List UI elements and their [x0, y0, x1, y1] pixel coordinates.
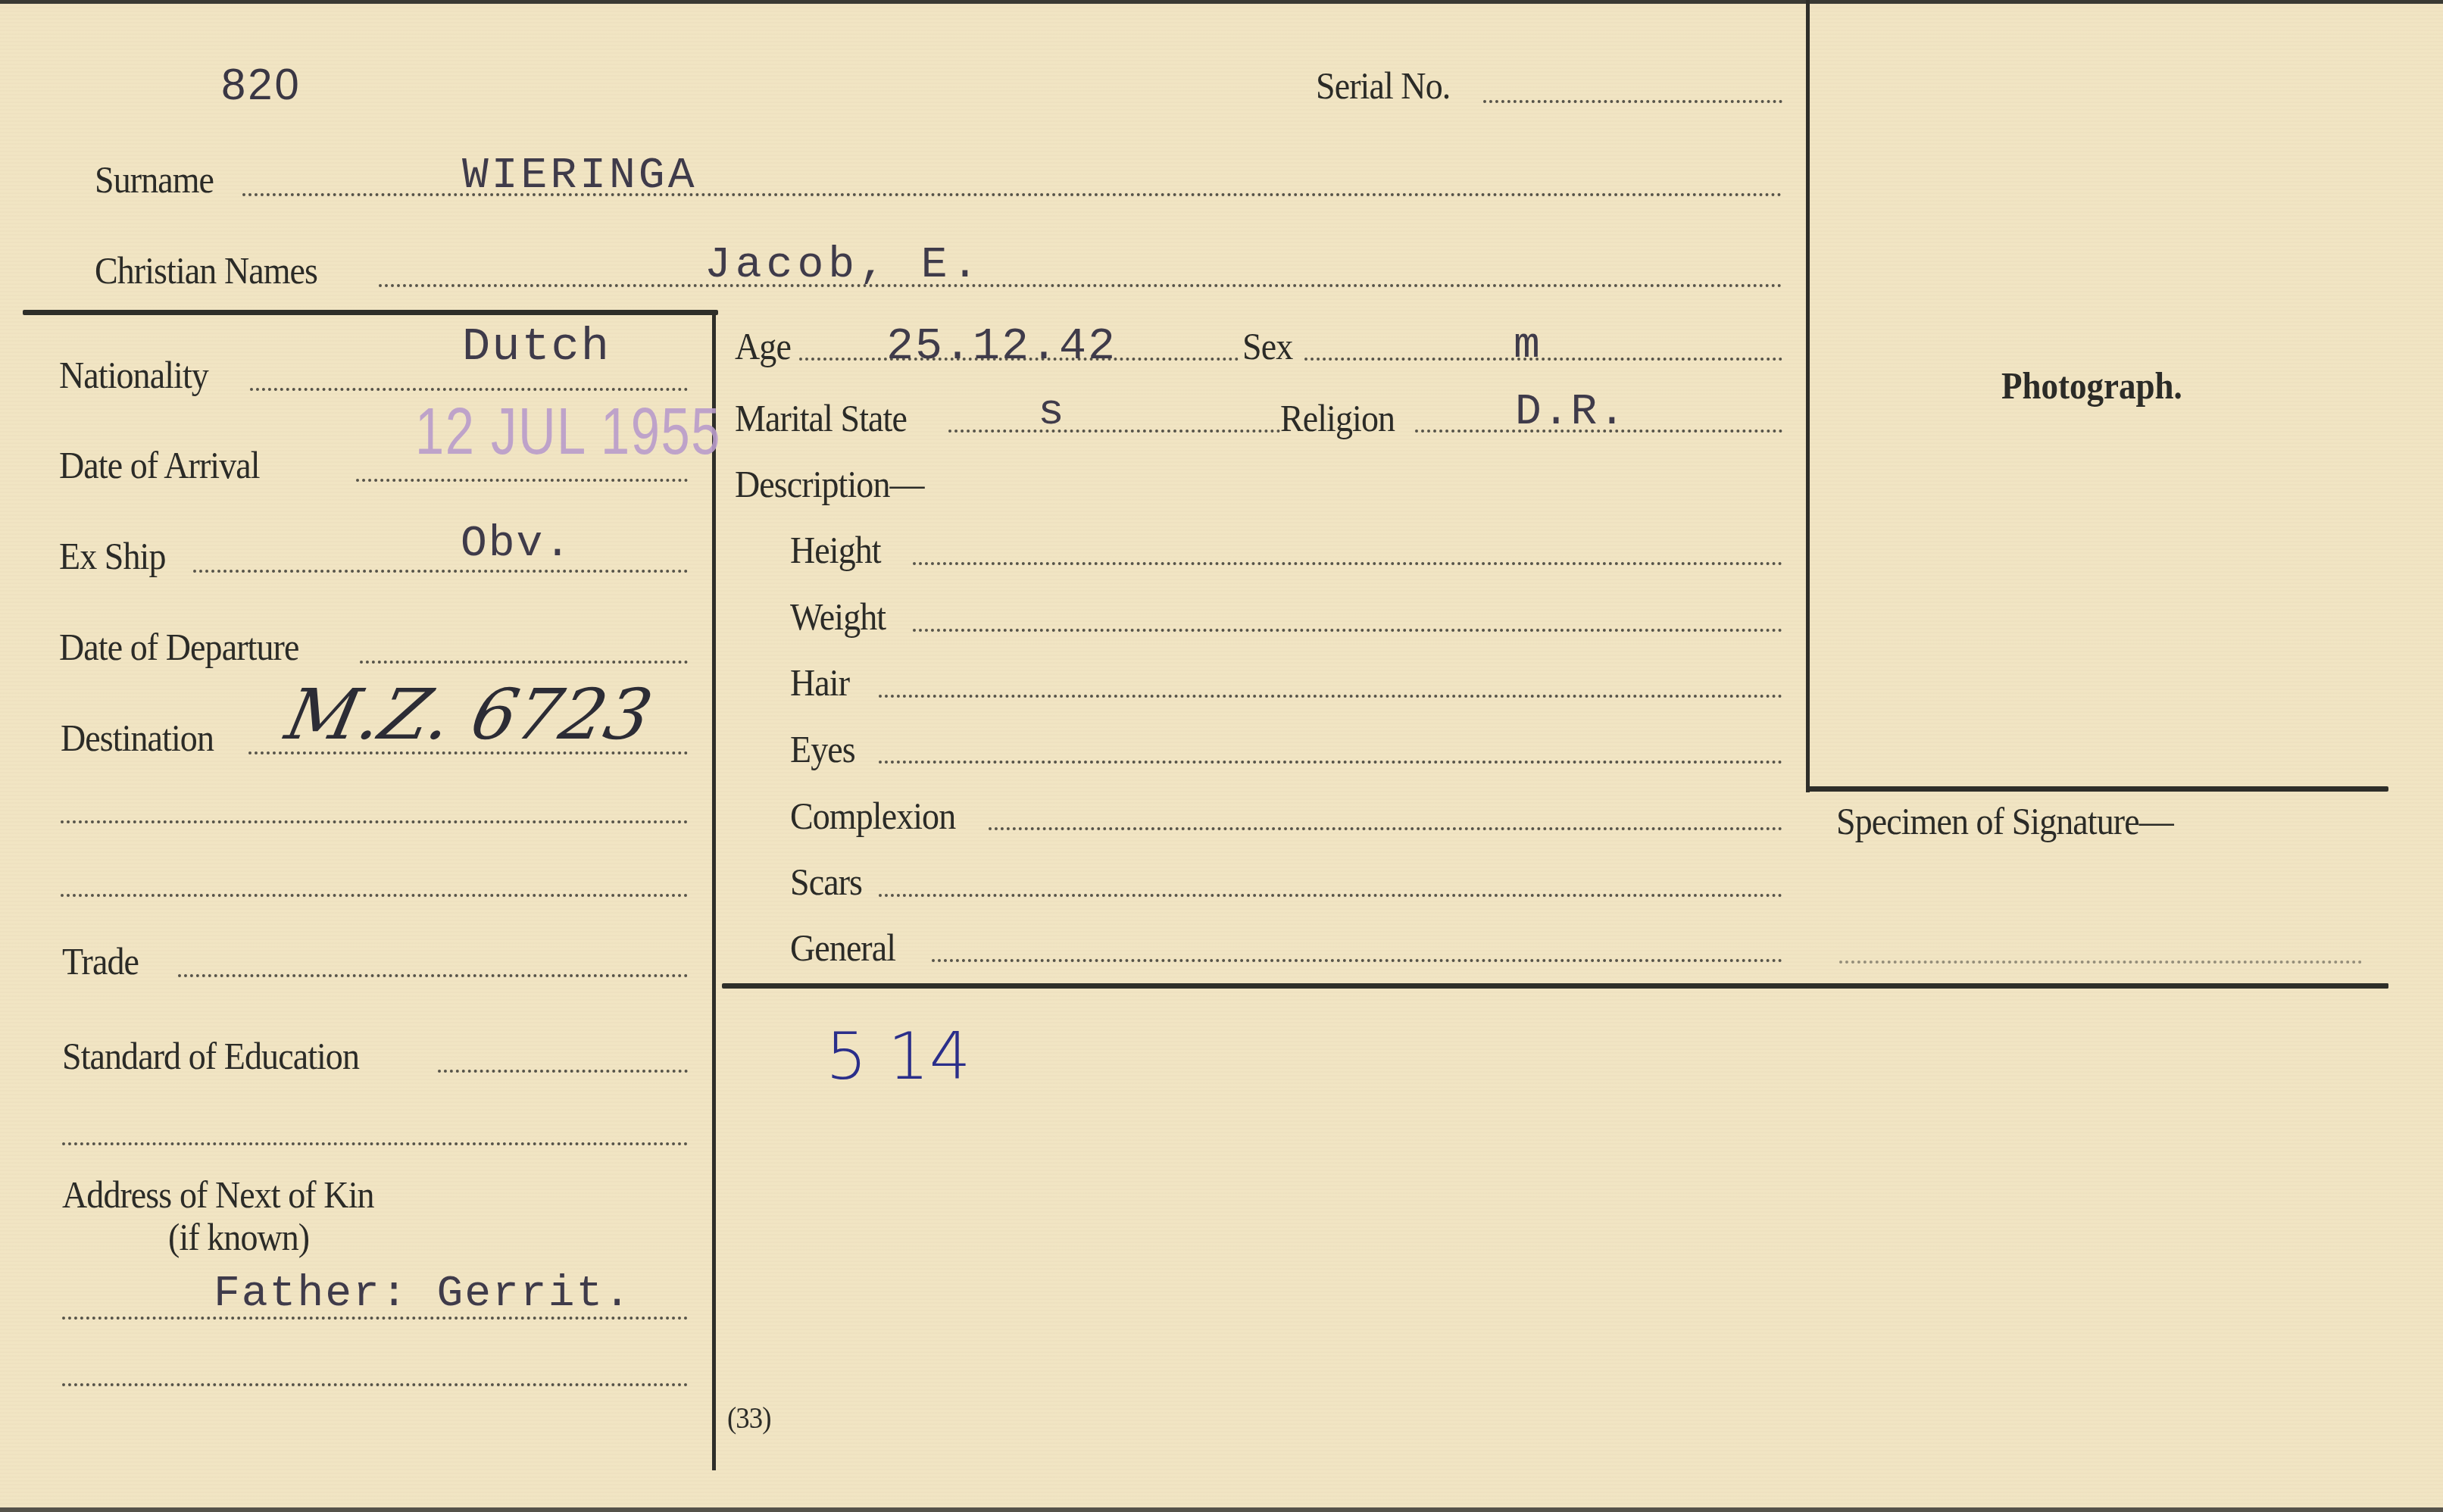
height-label: Height: [790, 528, 881, 572]
signature-label: Specimen of Signature—: [1836, 799, 2173, 843]
christian-names-label: Christian Names: [95, 248, 317, 292]
general-label: General: [790, 926, 895, 970]
age-label: Age: [735, 324, 791, 368]
blank-line-1: [61, 820, 688, 823]
destination-value-handwritten: M.Z. 6723: [280, 674, 659, 755]
date-of-arrival-field: [356, 479, 688, 482]
weight-field: [913, 629, 1782, 632]
sex-label: Sex: [1242, 324, 1292, 368]
nationality-label: Nationality: [59, 353, 208, 397]
handwritten-note: 5 14: [826, 1019, 970, 1095]
complexion-field: [989, 827, 1782, 830]
religion-value: D.R.: [1515, 388, 1626, 437]
complexion-label: Complexion: [790, 794, 955, 838]
date-of-arrival-label: Date of Arrival: [59, 443, 260, 487]
surname-label: Surname: [95, 158, 214, 201]
education-field: [438, 1070, 688, 1073]
left-panel-top-rule: [23, 310, 718, 315]
marital-state-value: s: [1038, 388, 1066, 437]
arrival-date-stamp: 12 JUL 1955: [415, 392, 721, 470]
scars-field: [879, 894, 1782, 897]
ex-ship-label: Ex Ship: [59, 534, 166, 578]
general-field: [932, 959, 1782, 962]
signature-bottom-rule: [1806, 983, 2388, 989]
sex-value: m: [1514, 321, 1542, 370]
next-of-kin-field-2: [62, 1383, 688, 1386]
ex-ship-value: Obv.: [461, 520, 572, 569]
marital-state-field: [948, 430, 1280, 433]
height-field: [913, 562, 1782, 565]
weight-label: Weight: [790, 595, 886, 639]
signature-field: [1839, 961, 2362, 964]
nationality-field: [250, 388, 688, 391]
record-number: 820: [221, 59, 301, 110]
hair-label: Hair: [790, 661, 849, 704]
date-of-departure-label: Date of Departure: [59, 625, 298, 669]
next-of-kin-sublabel: (if known): [168, 1215, 309, 1259]
nationality-value: Dutch: [462, 320, 611, 373]
education-field-2: [62, 1142, 688, 1145]
marital-state-label: Marital State: [735, 396, 907, 440]
education-label: Standard of Education: [62, 1034, 359, 1078]
blank-line-2: [61, 894, 688, 897]
card-top-edge: [0, 0, 2443, 4]
christian-names-field: [379, 284, 1782, 287]
ex-ship-field: [193, 570, 688, 573]
panel-divider: [712, 310, 716, 1470]
sex-field: [1304, 358, 1782, 361]
next-of-kin-value: Father: Gerrit.: [214, 1270, 632, 1319]
photograph-label: Photograph.: [2001, 364, 2182, 408]
trade-field: [178, 974, 688, 977]
serial-no-field: [1483, 100, 1782, 103]
destination-label: Destination: [61, 716, 214, 760]
description-label: Description—: [735, 462, 924, 506]
card-bottom-edge: [0, 1507, 2443, 1512]
religion-label: Religion: [1280, 396, 1395, 440]
eyes-field: [879, 761, 1782, 764]
trade-label: Trade: [62, 939, 139, 983]
christian-names-value: Jacob, E.: [704, 241, 983, 290]
form-number: (33): [727, 1400, 771, 1435]
photo-box-bottom-border: [1806, 786, 2388, 792]
next-of-kin-label: Address of Next of Kin: [62, 1173, 374, 1217]
serial-no-label: Serial No.: [1316, 64, 1450, 108]
photo-box-left-border: [1806, 0, 1810, 792]
surname-value: WIERINGA: [462, 152, 697, 201]
scars-label: Scars: [790, 860, 862, 904]
age-value: 25.12.42: [886, 321, 1117, 373]
eyes-label: Eyes: [790, 727, 855, 771]
hair-field: [879, 695, 1782, 698]
date-of-departure-field: [360, 661, 688, 664]
